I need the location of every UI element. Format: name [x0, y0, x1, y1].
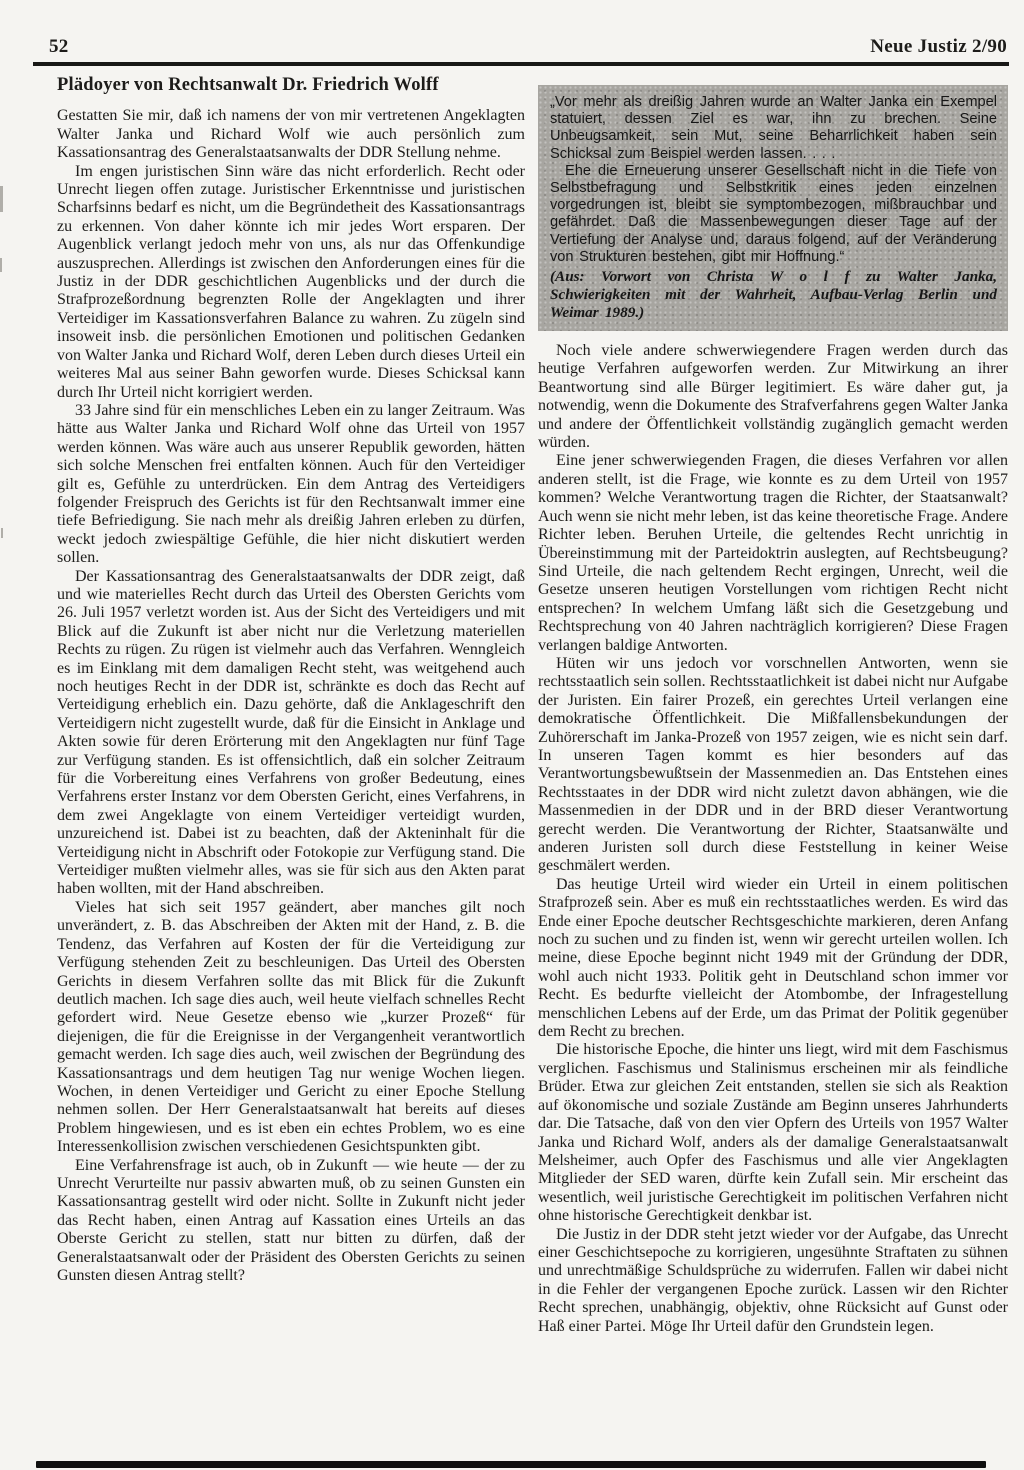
journal-title: Neue Justiz 2/90	[870, 36, 1007, 58]
scan-artifact	[1, 528, 3, 538]
paragraph: Hüten wir uns jedoch vor vorschnellen An…	[538, 655, 1008, 876]
paragraph: Eine jener schwerwiegenden Fragen, die d…	[538, 452, 1008, 654]
scan-edge-bar	[36, 1461, 986, 1468]
paragraph: 33 Jahre sind für ein menschliches Leben…	[57, 402, 525, 568]
journal-page: 52 Neue Justiz 2/90 Plädoyer von Rechtsa…	[0, 0, 1024, 1470]
paragraph: Die Justiz in der DDR steht jetzt wieder…	[538, 1226, 1008, 1336]
header-rule	[33, 62, 1009, 66]
paragraph: Der Kassationsantrag des Generalstaatsan…	[57, 568, 525, 899]
paragraph: Das heutige Urteil wird wieder ein Urtei…	[538, 876, 1008, 1042]
quote-attribution: (Aus: Vorwort von Christa W o l f zu Wal…	[550, 268, 997, 322]
right-column: „Vor mehr als dreißig Jahren wurde an Wa…	[538, 85, 1008, 1336]
article-title: Plädoyer von Rechtsanwalt Dr. Friedrich …	[57, 76, 525, 94]
quote-paragraph: „Vor mehr als dreißig Jahren wurde an Wa…	[550, 94, 997, 163]
paragraph: Vieles hat sich seit 1957 geändert, aber…	[57, 899, 525, 1157]
page-number: 52	[49, 36, 69, 58]
quote-box: „Vor mehr als dreißig Jahren wurde an Wa…	[538, 85, 1008, 331]
scan-artifact	[0, 258, 2, 272]
left-column: Plädoyer von Rechtsanwalt Dr. Friedrich …	[57, 76, 525, 1285]
paragraph: Im engen juristischen Sinn wäre das nich…	[57, 163, 525, 402]
paragraph: Eine Verfahrensfrage ist auch, ob in Zuk…	[57, 1157, 525, 1286]
paragraph: Die historische Epoche, die hinter uns l…	[538, 1041, 1008, 1225]
quote-paragraph: Ehe die Erneuerung unserer Gesellschaft …	[550, 163, 997, 266]
paragraph: Noch viele andere schwerwiegendere Frage…	[538, 342, 1008, 452]
paragraph: Gestatten Sie mir, daß ich namens der vo…	[57, 107, 525, 162]
scan-artifact	[0, 186, 3, 212]
